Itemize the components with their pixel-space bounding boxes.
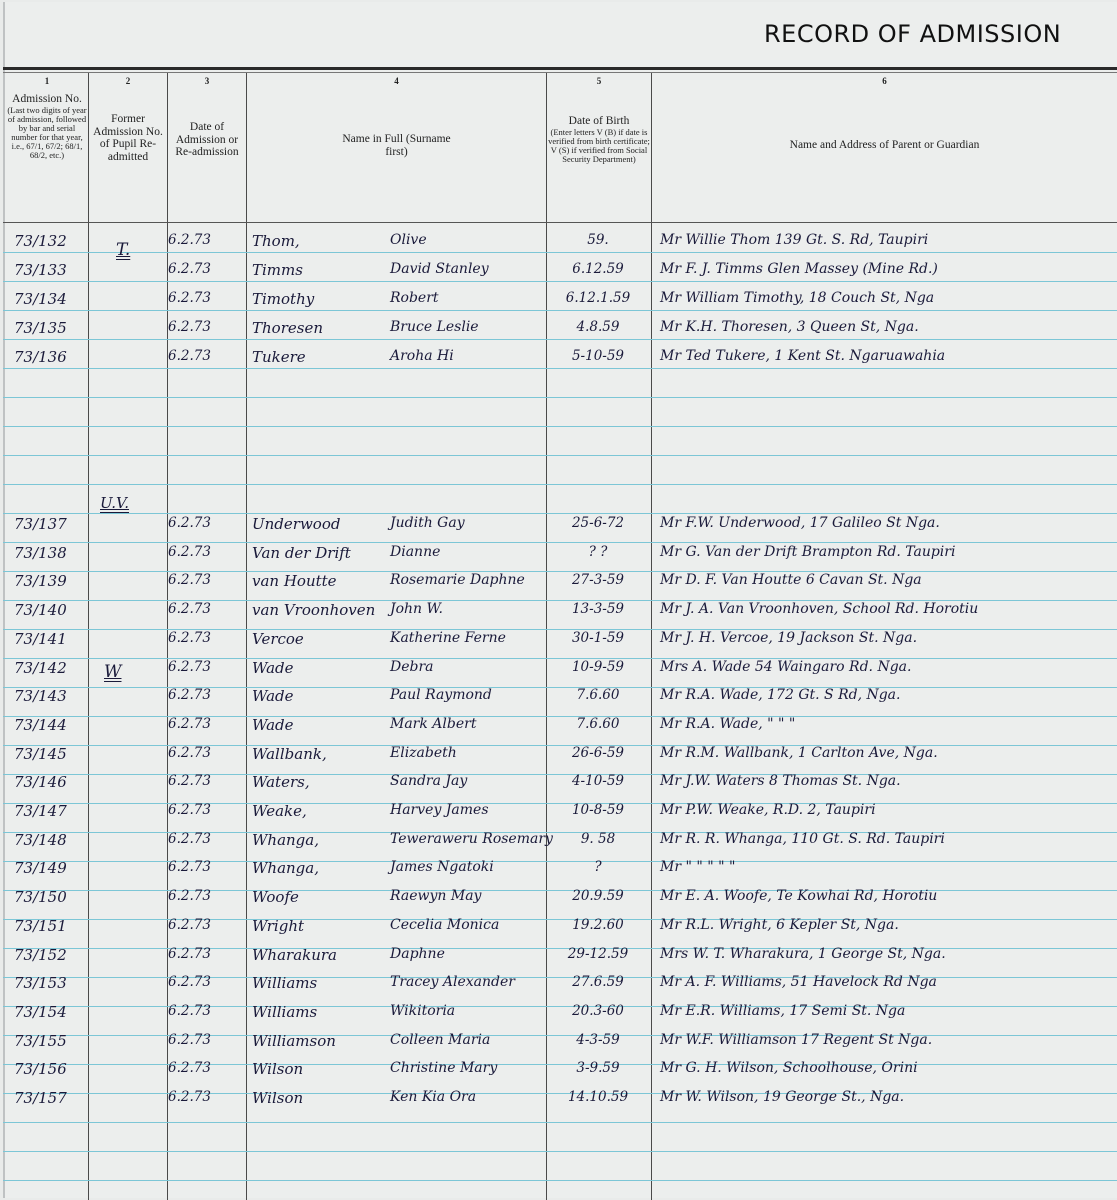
- parent-guardian: Mr R.M. Wallbank, 1 Carlton Ave, Nga.: [660, 745, 938, 761]
- parent-guardian: Mr J. A. Van Vroonhoven, School Rd. Horo…: [660, 601, 978, 617]
- given-names: Judith Gay: [390, 515, 465, 531]
- admission-number: 73/151: [14, 917, 67, 935]
- given-names: Robert: [390, 290, 439, 306]
- date-of-birth: 9. 58: [552, 831, 644, 847]
- given-names: Wikitoria: [390, 1003, 455, 1019]
- ruled-line: [3, 426, 1117, 427]
- table-row: 73/1496.2.73Whanga,James Ngatoki?Mr " " …: [0, 859, 1117, 883]
- given-names: Tracey Alexander: [390, 974, 515, 990]
- table-row: 73/1326.2.73Thom,Olive59.Mr Willie Thom …: [0, 232, 1117, 256]
- date-of-birth: 7.6.60: [552, 716, 644, 732]
- admission-date: 6.2.73: [168, 859, 211, 875]
- parent-guardian: Mr R. R. Whanga, 110 Gt. S. Rd. Taupiri: [660, 831, 945, 847]
- column-header-date-admission: 3 Date of Admission or Re-admission: [168, 76, 246, 159]
- surname: Williams: [252, 974, 317, 992]
- parent-guardian: Mr Ted Tukere, 1 Kent St. Ngaruawahia: [660, 348, 945, 364]
- admission-number: 73/149: [14, 859, 67, 877]
- date-of-birth: 4.8.59: [552, 319, 644, 335]
- admission-date: 6.2.73: [168, 1032, 211, 1048]
- column-header-dob: 5 Date of Birth (Enter letters V (B) if …: [547, 76, 651, 164]
- surname: Wallbank,: [252, 745, 327, 763]
- parent-guardian: Mr W.F. Williamson 17 Regent St Nga.: [660, 1032, 932, 1048]
- admission-number: 73/154: [14, 1003, 67, 1021]
- given-names: Colleen Maria: [390, 1032, 490, 1048]
- table-row: 73/1386.2.73Van der DriftDianne? ?Mr G. …: [0, 544, 1117, 568]
- given-names: Bruce Leslie: [390, 319, 479, 335]
- table-row: 73/1566.2.73WilsonChristine Mary3-9.59Mr…: [0, 1060, 1117, 1084]
- admission-number: 73/134: [14, 290, 67, 308]
- given-names: Elizabeth: [390, 745, 457, 761]
- admission-number: 73/141: [14, 630, 67, 648]
- surname: Whanga,: [252, 831, 319, 849]
- surname: Wilson: [252, 1089, 303, 1107]
- admission-date: 6.2.73: [168, 630, 211, 646]
- table-row: 73/1516.2.73WrightCecelia Monica19.2.60M…: [0, 917, 1117, 941]
- surname: van Houtte: [252, 572, 337, 590]
- surname: Woofe: [252, 888, 299, 906]
- admission-number: 73/152: [14, 946, 67, 964]
- given-names: Cecelia Monica: [390, 917, 499, 933]
- parent-guardian: Mr R.A. Wade, 172 Gt. S Rd, Nga.: [660, 687, 900, 703]
- admission-number: 73/138: [14, 544, 67, 562]
- surname: Williamson: [252, 1032, 336, 1050]
- surname: Thoresen: [252, 319, 323, 337]
- ruled-line: [3, 1151, 1117, 1152]
- surname: Wilson: [252, 1060, 303, 1078]
- table-row: 73/1446.2.73WadeMark Albert7.6.60Mr R.A.…: [0, 716, 1117, 740]
- table-row: 73/1556.2.73WilliamsonColleen Maria4-3-5…: [0, 1032, 1117, 1056]
- admission-date: 6.2.73: [168, 917, 211, 933]
- table-row: 73/1406.2.73van VroonhovenJohn W.13-3-59…: [0, 601, 1117, 625]
- admission-date: 6.2.73: [168, 515, 211, 531]
- date-of-birth: 20.3-60: [552, 1003, 644, 1019]
- parent-guardian: Mr F. J. Timms Glen Massey (Mine Rd.): [660, 261, 938, 277]
- table-row: 73/1546.2.73WilliamsWikitoria20.3-60Mr E…: [0, 1003, 1117, 1027]
- admission-number: 73/144: [14, 716, 67, 734]
- date-of-birth: 7.6.60: [552, 687, 644, 703]
- parent-guardian: Mr D. F. Van Houtte 6 Cavan St. Nga: [660, 572, 922, 588]
- column-header-former-admission: 2 Former Admission No. of Pupil Re-admit…: [89, 76, 167, 163]
- given-names: Mark Albert: [390, 716, 476, 732]
- parent-guardian: Mr P.W. Weake, R.D. 2, Taupiri: [660, 802, 876, 818]
- admission-number: 73/133: [14, 261, 67, 279]
- surname: Wade: [252, 687, 294, 705]
- admission-date: 6.2.73: [168, 601, 211, 617]
- surname: Vercoe: [252, 630, 304, 648]
- date-of-birth: 6.12.1.59: [552, 290, 644, 306]
- column-header-name: 4 Name in Full (Surname first): [247, 76, 546, 158]
- given-names: Olive: [390, 232, 427, 248]
- parent-guardian: Mr R.L. Wright, 6 Kepler St, Nga.: [660, 917, 899, 933]
- ruled-line: [3, 513, 1117, 514]
- parent-guardian: Mr A. F. Williams, 51 Havelock Rd Nga: [660, 974, 937, 990]
- page-title: RECORD OF ADMISSION: [764, 20, 1061, 48]
- table-row: 73/1396.2.73van HoutteRosemarie Daphne27…: [0, 572, 1117, 596]
- table-row: 73/1356.2.73ThoresenBruce Leslie4.8.59Mr…: [0, 319, 1117, 343]
- given-names: Katherine Ferne: [390, 630, 506, 646]
- parent-guardian: Mrs A. Wade 54 Waingaro Rd. Nga.: [660, 659, 911, 675]
- admission-date: 6.2.73: [168, 716, 211, 732]
- admission-number: 73/137: [14, 515, 67, 533]
- date-of-birth: 27.6.59: [552, 974, 644, 990]
- admission-number: 73/156: [14, 1060, 67, 1078]
- admission-number: 73/150: [14, 888, 67, 906]
- table-row: 73/1346.2.73TimothyRobert6.12.1.59Mr Wil…: [0, 290, 1117, 314]
- date-of-birth: 10-8-59: [552, 802, 644, 818]
- parent-guardian: Mr J.W. Waters 8 Thomas St. Nga.: [660, 773, 901, 789]
- date-of-birth: 19.2.60: [552, 917, 644, 933]
- admission-number: 73/142: [14, 659, 67, 677]
- admission-date: 6.2.73: [168, 1003, 211, 1019]
- admission-number: 73/132: [14, 232, 67, 250]
- given-names: James Ngatoki: [390, 859, 494, 875]
- surname: Whanga,: [252, 859, 319, 877]
- ruled-line: [3, 1122, 1117, 1123]
- parent-guardian: Mr E.R. Williams, 17 Semi St. Nga: [660, 1003, 905, 1019]
- given-names: David Stanley: [390, 261, 489, 277]
- table-row: 73/1466.2.73Waters,Sandra Jay4-10-59Mr J…: [0, 773, 1117, 797]
- admission-number: 73/147: [14, 802, 67, 820]
- admission-number: 73/146: [14, 773, 67, 791]
- surname: Timms: [252, 261, 303, 279]
- section-marker-uv: U.V.: [100, 494, 129, 512]
- given-names: Christine Mary: [390, 1060, 497, 1076]
- table-row: 73/1456.2.73Wallbank,Elizabeth26-6-59Mr …: [0, 745, 1117, 769]
- table-row: 73/1376.2.73UnderwoodJudith Gay25-6-72Mr…: [0, 515, 1117, 539]
- column-header-admission-no: 1 Admission No. (Last two digits of year…: [6, 76, 88, 160]
- admission-number: 73/145: [14, 745, 67, 763]
- surname: Wharakura: [252, 946, 337, 964]
- date-of-birth: 13-3-59: [552, 601, 644, 617]
- table-row: 73/1476.2.73Weake,Harvey James10-8-59Mr …: [0, 802, 1117, 826]
- given-names: Debra: [390, 659, 434, 675]
- date-of-birth: 30-1-59: [552, 630, 644, 646]
- admission-date: 6.2.73: [168, 773, 211, 789]
- surname: Van der Drift: [252, 544, 351, 562]
- admission-number: 73/143: [14, 687, 67, 705]
- admission-date: 6.2.73: [168, 888, 211, 904]
- parent-guardian: Mr J. H. Vercoe, 19 Jackson St. Nga.: [660, 630, 917, 646]
- admission-date: 6.2.73: [168, 946, 211, 962]
- parent-guardian: Mr K.H. Thoresen, 3 Queen St, Nga.: [660, 319, 919, 335]
- surname: Tukere: [252, 348, 306, 366]
- given-names: Aroha Hi: [390, 348, 454, 364]
- table-row: 73/1436.2.73WadePaul Raymond7.6.60Mr R.A…: [0, 687, 1117, 711]
- date-of-birth: 5-10-59: [552, 348, 644, 364]
- admission-number: 73/148: [14, 831, 67, 849]
- surname: Timothy: [252, 290, 314, 308]
- date-of-birth: 29-12.59: [552, 946, 644, 962]
- admission-date: 6.2.73: [168, 290, 211, 306]
- admission-date: 6.2.73: [168, 348, 211, 364]
- date-of-birth: 25-6-72: [552, 515, 644, 531]
- date-of-birth: 3-9.59: [552, 1060, 644, 1076]
- date-of-birth: 26-6-59: [552, 745, 644, 761]
- surname: Weake,: [252, 802, 307, 820]
- surname: Underwood: [252, 515, 340, 533]
- date-of-birth: 4-3-59: [552, 1032, 644, 1048]
- table-row: 73/1506.2.73WoofeRaewyn May20.9.59Mr E. …: [0, 888, 1117, 912]
- admission-date: 6.2.73: [168, 831, 211, 847]
- table-row: 73/1576.2.73WilsonKen Kia Ora14.10.59Mr …: [0, 1089, 1117, 1113]
- admission-date: 6.2.73: [168, 261, 211, 277]
- admission-number: 73/157: [14, 1089, 67, 1107]
- ruled-line: [3, 397, 1117, 398]
- table-row: 73/1416.2.73VercoeKatherine Ferne30-1-59…: [0, 630, 1117, 654]
- date-of-birth: ? ?: [552, 544, 644, 560]
- parent-guardian: Mr W. Wilson, 19 George St., Nga.: [660, 1089, 904, 1105]
- date-of-birth: 14.10.59: [552, 1089, 644, 1105]
- parent-guardian: Mr " " " " ": [660, 859, 735, 875]
- admission-number: 73/135: [14, 319, 67, 337]
- table-row: 73/1336.2.73TimmsDavid Stanley6.12.59Mr …: [0, 261, 1117, 285]
- given-names: Rosemarie Daphne: [390, 572, 525, 588]
- admission-date: 6.2.73: [168, 1089, 211, 1105]
- parent-guardian: Mr F.W. Underwood, 17 Galileo St Nga.: [660, 515, 940, 531]
- admission-number: 73/136: [14, 348, 67, 366]
- admission-number: 73/153: [14, 974, 67, 992]
- given-names: John W.: [390, 601, 443, 617]
- surname: Wright: [252, 917, 304, 935]
- ruled-line: [3, 455, 1117, 456]
- admission-number: 73/140: [14, 601, 67, 619]
- admission-date: 6.2.73: [168, 319, 211, 335]
- ruled-line: [3, 1180, 1117, 1181]
- surname: Waters,: [252, 773, 310, 791]
- given-names: Teweraweru Rosemary: [390, 831, 553, 847]
- admission-date: 6.2.73: [168, 974, 211, 990]
- date-of-birth: 10-9-59: [552, 659, 644, 675]
- parent-guardian: Mr Willie Thom 139 Gt. S. Rd, Taupiri: [660, 232, 928, 248]
- ruled-line: [3, 484, 1117, 485]
- header-rule: [3, 67, 1117, 70]
- admission-date: 6.2.73: [168, 659, 211, 675]
- parent-guardian: Mrs W. T. Wharakura, 1 George St, Nga.: [660, 946, 946, 962]
- table-row: 73/1526.2.73WharakuraDaphne29-12.59Mrs W…: [0, 946, 1117, 970]
- given-names: Daphne: [390, 946, 445, 962]
- admission-date: 6.2.73: [168, 1060, 211, 1076]
- surname: Wade: [252, 716, 294, 734]
- date-of-birth: 27-3-59: [552, 572, 644, 588]
- date-of-birth: 20.9.59: [552, 888, 644, 904]
- column-header-parent: 6 Name and Address of Parent or Guardian: [652, 76, 1117, 152]
- date-of-birth: ?: [552, 859, 644, 875]
- table-row: 73/1426.2.73WadeDebra10-9-59Mrs A. Wade …: [0, 659, 1117, 683]
- header-rule-thin: [3, 72, 1117, 73]
- parent-guardian: Mr E. A. Woofe, Te Kowhai Rd, Horotiu: [660, 888, 937, 904]
- parent-guardian: Mr G. H. Wilson, Schoolhouse, Orini: [660, 1060, 918, 1076]
- table-row: 73/1486.2.73Whanga,Teweraweru Rosemary9.…: [0, 831, 1117, 855]
- parent-guardian: Mr R.A. Wade, " " ": [660, 716, 795, 732]
- surname: van Vroonhoven: [252, 601, 375, 619]
- admission-date: 6.2.73: [168, 572, 211, 588]
- table-row: 73/1366.2.73TukereAroha Hi5-10-59Mr Ted …: [0, 348, 1117, 372]
- given-names: Harvey James: [390, 802, 489, 818]
- date-of-birth: 59.: [552, 232, 644, 248]
- given-names: Ken Kia Ora: [390, 1089, 476, 1105]
- surname: Thom,: [252, 232, 300, 250]
- given-names: Dianne: [390, 544, 440, 560]
- surname: Wade: [252, 659, 294, 677]
- given-names: Paul Raymond: [390, 687, 492, 703]
- parent-guardian: Mr G. Van der Drift Brampton Rd. Taupiri: [660, 544, 955, 560]
- admission-date: 6.2.73: [168, 745, 211, 761]
- admission-number: 73/139: [14, 572, 67, 590]
- header-bottom-rule: [3, 222, 1117, 223]
- date-of-birth: 4-10-59: [552, 773, 644, 789]
- date-of-birth: 6.12.59: [552, 261, 644, 277]
- admission-date: 6.2.73: [168, 802, 211, 818]
- surname: Williams: [252, 1003, 317, 1021]
- admission-date: 6.2.73: [168, 687, 211, 703]
- admission-date: 6.2.73: [168, 232, 211, 248]
- admission-date: 6.2.73: [168, 544, 211, 560]
- parent-guardian: Mr William Timothy, 18 Couch St, Nga: [660, 290, 934, 306]
- given-names: Raewyn May: [390, 888, 481, 904]
- given-names: Sandra Jay: [390, 773, 467, 789]
- table-row: 73/1536.2.73WilliamsTracey Alexander27.6…: [0, 974, 1117, 998]
- admission-number: 73/155: [14, 1032, 67, 1050]
